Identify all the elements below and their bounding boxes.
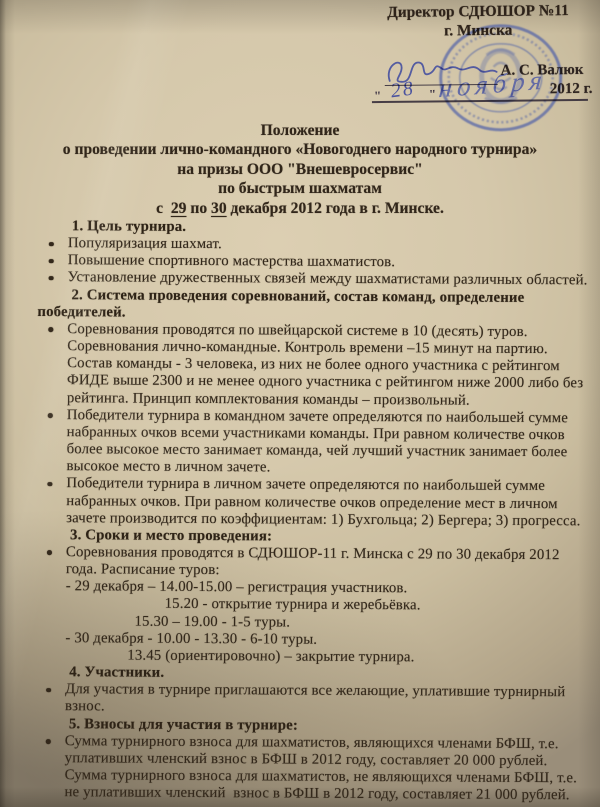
title-date-mid: по	[186, 200, 211, 217]
bullet-dot-icon	[49, 259, 54, 264]
bullet-item: Сумма турнирного взноса для шахматистов,…	[34, 733, 590, 805]
director-line: Директор СДЮШОР №11	[368, 1, 588, 22]
text-line: взнос.	[65, 699, 591, 719]
section-heading: 2. Система проведения соревнований, сост…	[71, 287, 593, 307]
underlined-date: 29	[171, 200, 187, 217]
document-title: Положение о проведении лично-командного …	[30, 121, 570, 218]
schedule-line: - 29 декабря – 14.00-15.00 – регистрация…	[66, 578, 592, 598]
title-date-prefix: с	[156, 200, 171, 217]
round-stamp-icon	[436, 21, 565, 136]
text-line: Установление дружественных связей между …	[68, 270, 594, 290]
document-body: 1. Цель турнира. Популяризация шахмат. П…	[34, 218, 594, 805]
title-date-suffix: декабря 2012 года в г. Минске.	[227, 200, 444, 217]
schedule-block: - 29 декабря – 14.00-15.00 – регистрация…	[65, 578, 592, 667]
bullet-dot-icon	[48, 328, 53, 333]
text-line: не уплативших членский взнос в БФШ в 201…	[64, 784, 590, 804]
bullet-item: Установление дружественных связей между …	[38, 269, 594, 290]
schedule-line: 15.20 - открытие турнира и жеребьёвка.	[165, 596, 592, 616]
underlined-date: 30	[211, 200, 227, 217]
text-line: зачете производится по коэффициентам: 1)…	[66, 510, 592, 530]
text-line: года. Расписание туров:	[66, 561, 592, 581]
bullet-dot-icon	[47, 551, 52, 556]
bullet-item: Соревнования проводятся в СДЮШОР-11 г. М…	[36, 544, 592, 582]
bullet-dot-icon	[48, 413, 53, 418]
bullet-item: Соревнования проводятся по швейцарской с…	[37, 321, 594, 410]
bullet-dot-icon	[46, 688, 51, 693]
handwritten-day: 28	[389, 77, 416, 103]
bullet-dot-icon	[47, 482, 52, 487]
document-photo: Директор СДЮШОР №11 г. Минска А. С. Валю…	[0, 0, 600, 807]
schedule-line: 13.45 (ориентировочно) – закрытие турнир…	[127, 647, 591, 667]
bullet-item: Для участия в турнире приглашаются все ж…	[35, 681, 591, 719]
bullet-item: Победители турнира в командном зачете оп…	[36, 407, 592, 479]
title-line-dates: с 29 по 30 декабря 2012 года в г. Минске…	[30, 199, 570, 218]
title-line: по быстрым шахматам	[30, 179, 570, 198]
bullet-dot-icon	[49, 242, 54, 247]
bullet-item: Победители турнира в личном зачете опред…	[36, 475, 592, 530]
bullet-dot-icon	[46, 739, 51, 744]
title-line: о проведении лично-командного «Новогодне…	[30, 140, 570, 159]
title-line: на призы ООО "Внешевросервис"	[30, 160, 570, 179]
title-line: Положение	[30, 121, 570, 140]
bullet-dot-icon	[49, 276, 54, 281]
